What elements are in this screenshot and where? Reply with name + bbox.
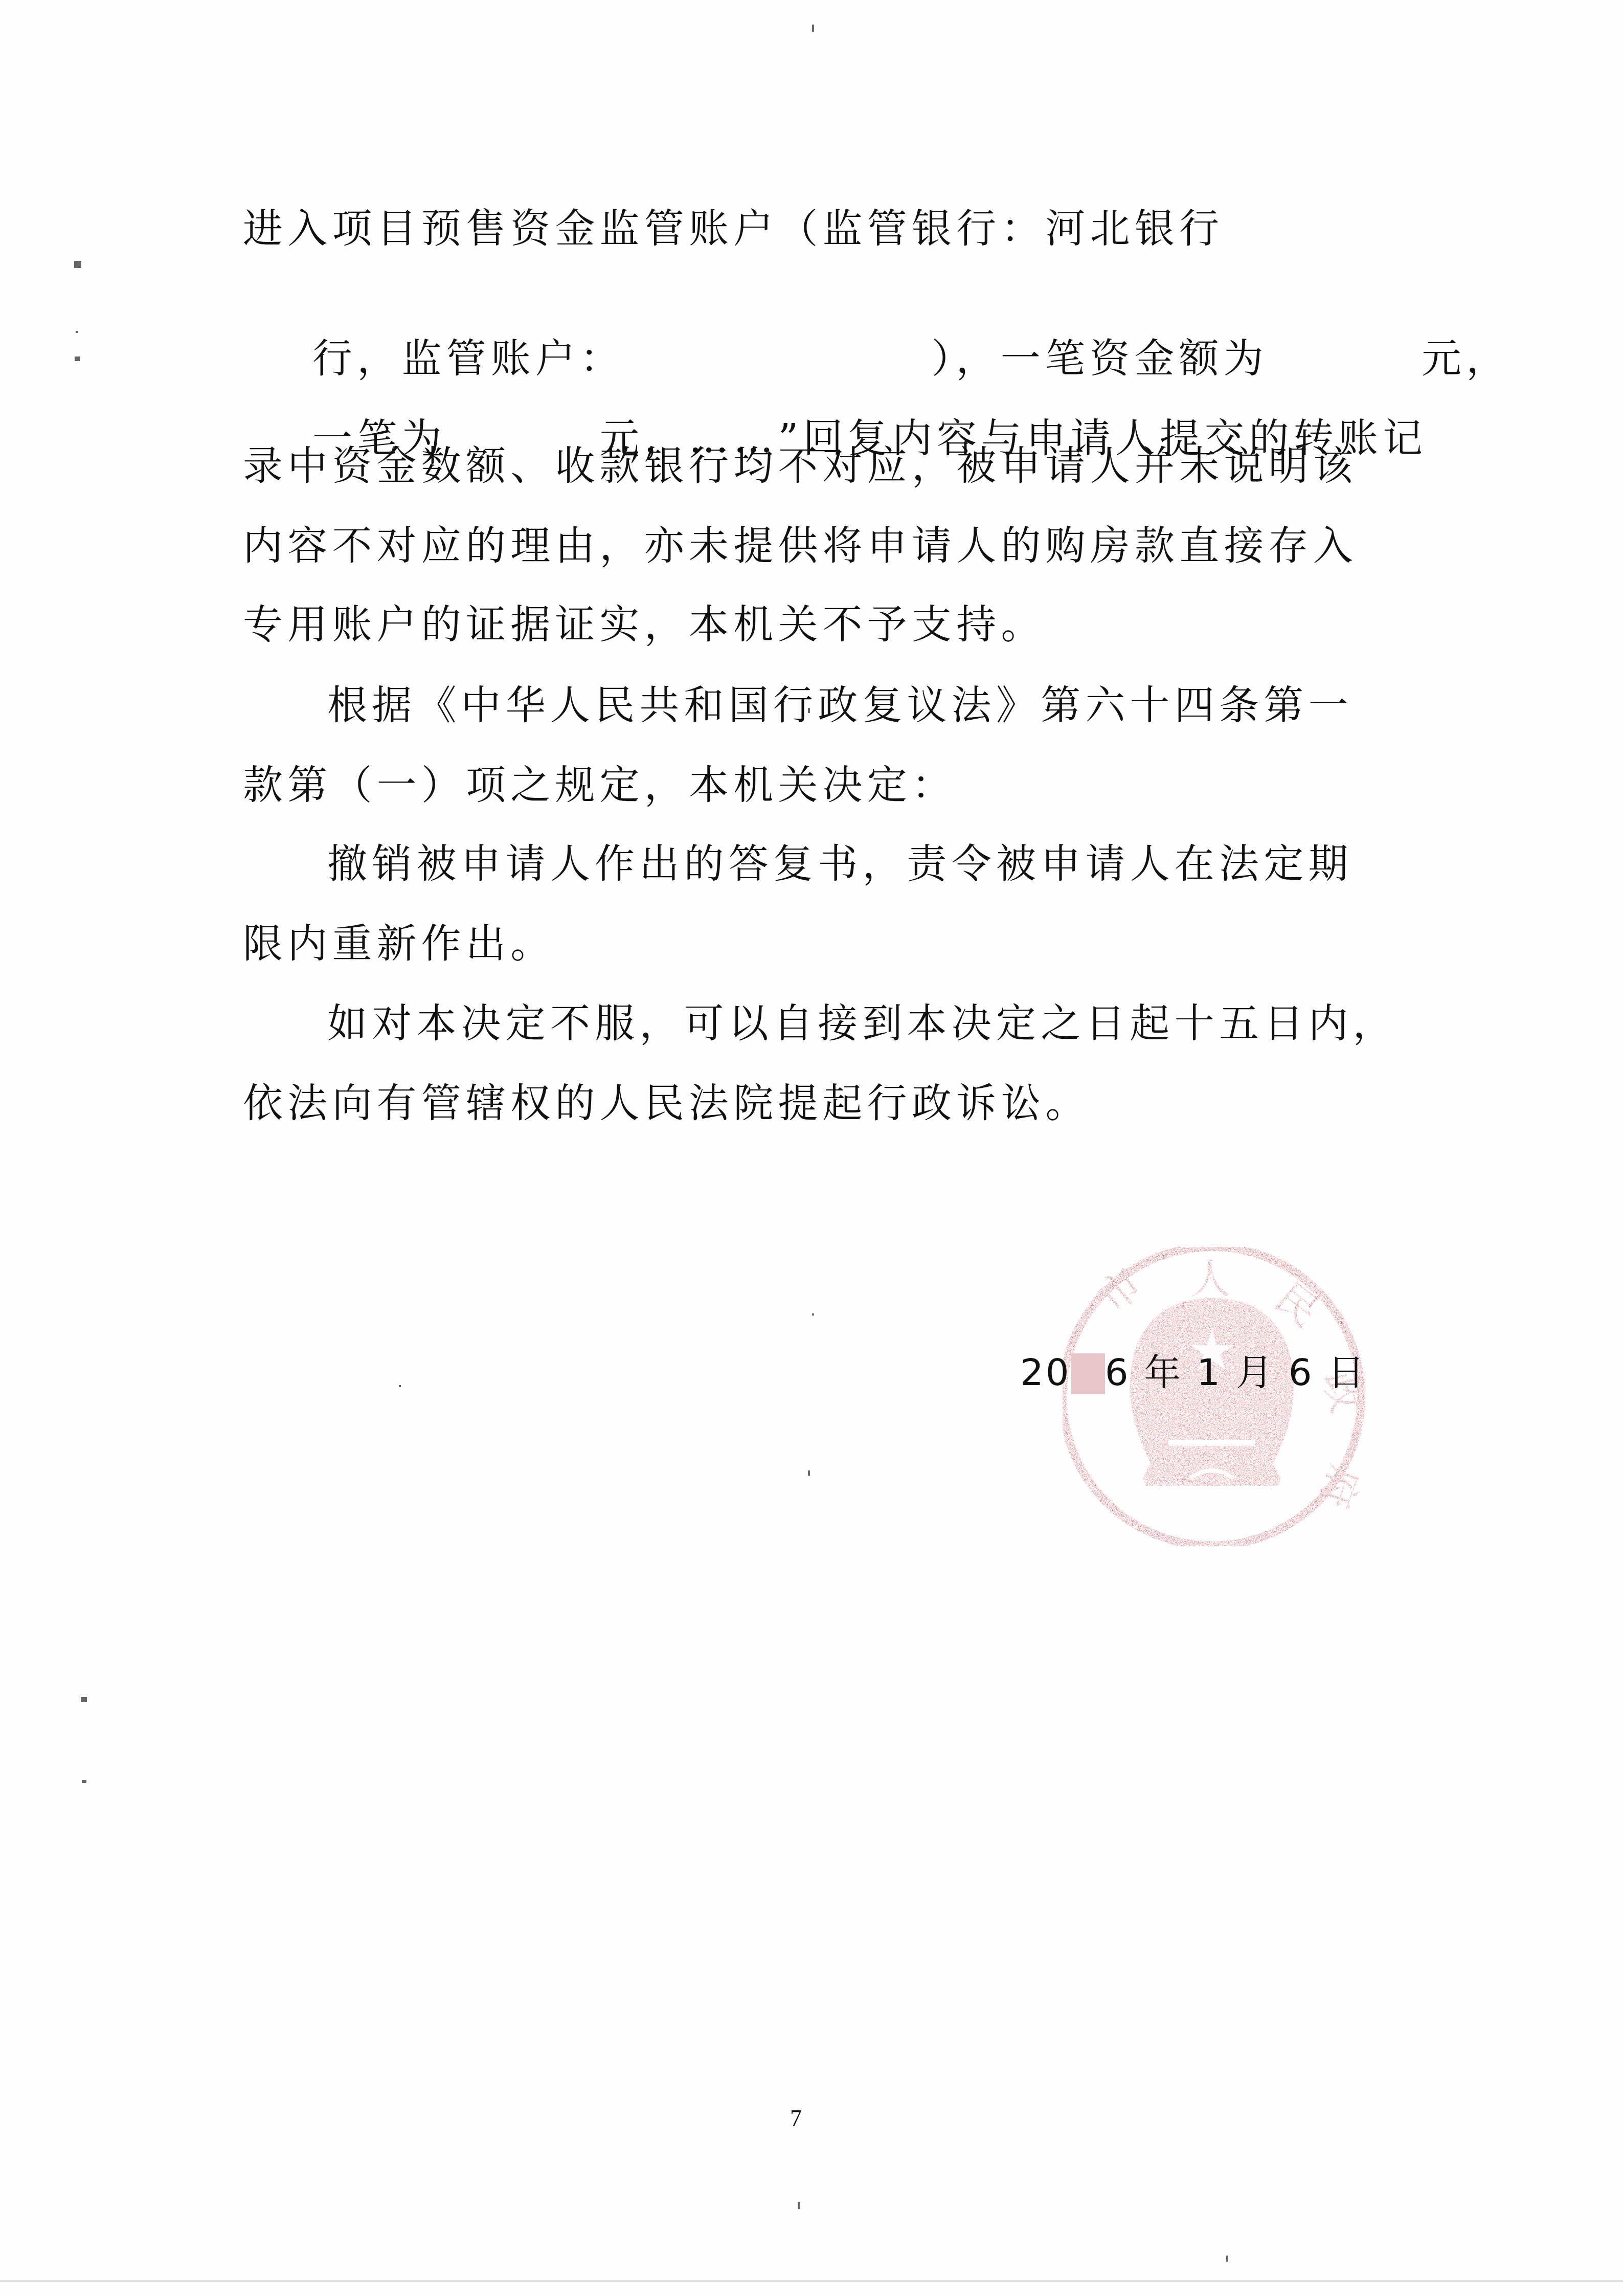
scan-mark — [798, 2202, 800, 2209]
scan-mark — [75, 356, 80, 361]
scan-mark — [74, 261, 81, 268]
scan-mark — [81, 1697, 87, 1702]
body-line: 依法向有管辖权的人民法院提起行政诉讼。 — [243, 1078, 1090, 1129]
page-number: 7 — [790, 2105, 802, 2132]
body-line: 一笔为元，……”回复内容与申请人提交的转账记 — [243, 362, 1427, 516]
body-line: 内容不对应的理由，亦未提供将申请人的购房款直接存入 — [243, 521, 1358, 572]
scan-mark — [399, 1385, 401, 1387]
body-line: 录中资金数额、收款银行均不对应，被申请人并未说明该 — [243, 441, 1358, 492]
body-line: 专用账户的证据证实，本机关不予支持。 — [243, 599, 1046, 651]
body-text: 元， — [1422, 336, 1511, 382]
date-rest: 6 年 1 月 6 日 — [1105, 1351, 1367, 1394]
body-line: 如对本决定不服，可以自接到本决定之日起十五日内， — [327, 998, 1397, 1050]
scan-edge-line — [0, 2280, 1623, 2282]
decision-date: 206 年 1 月 6 日 — [1020, 1343, 1367, 1396]
scan-mark — [82, 1780, 86, 1783]
body-line: 款第（一）项之规定，本机关决定： — [243, 760, 956, 811]
body-line: 限内重新作出。 — [243, 919, 555, 970]
body-line: 进入项目预售资金监管账户（监管银行：河北银行 — [243, 204, 1224, 255]
svg-text:府: 府 — [1311, 1460, 1369, 1514]
document-page: 进入项目预售资金监管账户（监管银行：河北银行 行，监管账户：），一笔资金额为元，… — [0, 0, 1623, 2296]
body-line: 根据《中华人民共和国行政复议法》第六十四条第一 — [327, 680, 1353, 731]
scan-mark — [808, 1470, 810, 1476]
official-seal-icon: 市 人 民 政 府 — [1053, 1238, 1370, 1555]
redacted-year-digits — [1071, 1353, 1105, 1394]
body-line: 撤销被申请人作出的答复书，责令被申请人在法定期 — [327, 839, 1353, 890]
scan-mark — [76, 331, 78, 333]
date-year-prefix: 20 — [1020, 1351, 1071, 1394]
scan-mark — [812, 1313, 814, 1316]
svg-text:人: 人 — [1190, 1255, 1231, 1303]
scan-mark — [812, 25, 814, 32]
scan-mark — [1226, 2256, 1228, 2262]
